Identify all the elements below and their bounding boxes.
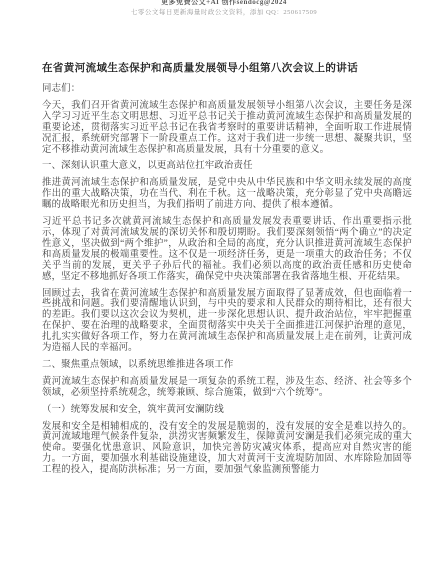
paragraph: 推进黄河流域生态保护和高质量发展，是党中央从中华民族和中华文明永续发展的高度作出… — [42, 178, 412, 211]
paragraph: 回顾过去，我省在黄河流域生态保护和高质量发展方面取得了显著成效，但也面临着一些挑… — [42, 289, 412, 354]
document-content: 在省黄河流域生态保护和高质量发展领导小组第八次会议上的讲话 同志们：今天，我们召… — [42, 62, 412, 482]
watermark-line-1: 更多免费公文+AI 创作sendocg@2024 — [0, 0, 448, 7]
section-heading: 二、聚焦重点领域，以系统思维推进各项工作 — [42, 360, 412, 371]
paragraph: 发展和安全是相辅相成的，没有安全的发展是脆弱的，没有发展的安全是难以持久的。黄河… — [42, 422, 412, 477]
paragraph: 习近平总书记多次就黄河流域生态保护和高质量发展发表重要讲话、作出重要指示批示，体… — [42, 217, 412, 282]
watermark-line-2: 七零公文每日更新海量时政公文资料，添加 QQ：250617509 — [0, 8, 448, 17]
document-body: 同志们：今天，我们召开省黄河流域生态保护和高质量发展领导小组第八次会议，主要任务… — [42, 84, 412, 476]
paragraph: 黄河流域生态保护和高质量发展是一项复杂的系统工程，涉及生态、经济、社会等多个领域… — [42, 377, 412, 399]
paragraph: 今天，我们召开省黄河流域生态保护和高质量发展领导小组第八次会议，主要任务是深入学… — [42, 101, 412, 156]
section-heading: 一、深刻认识重大意义，以更高站位扛牢政治责任 — [42, 161, 412, 172]
salutation: 同志们： — [42, 84, 412, 95]
sub-section-heading: （一）统筹发展和安全，筑牢黄河安澜防线 — [42, 405, 412, 416]
page-header-watermark: 更多免费公文+AI 创作sendocg@2024 七零公文每日更新海量时政公文资… — [0, 0, 448, 17]
document-title: 在省黄河流域生态保护和高质量发展领导小组第八次会议上的讲话 — [42, 62, 412, 75]
document-page: 更多免费公文+AI 创作sendocg@2024 七零公文每日更新海量时政公文资… — [0, 0, 448, 580]
